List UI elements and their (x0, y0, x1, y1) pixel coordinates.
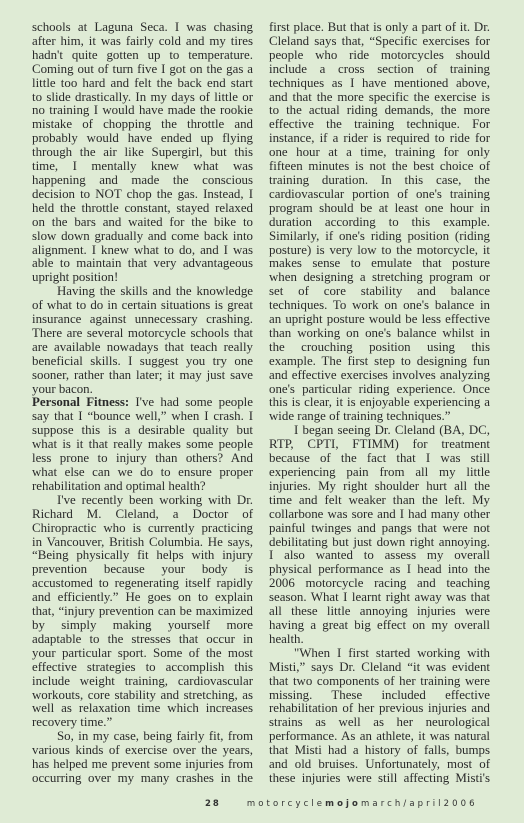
text-line: rehabilitation and optimal health? (32, 480, 253, 494)
text-line: 2006 motorcycle racing and teaching (269, 577, 490, 591)
text-line: having a great big effect on my overall (269, 619, 490, 633)
text-line: upright position! (32, 271, 253, 285)
text-line: Misti,” says Dr. Cleland “it was evident (269, 661, 490, 675)
text-line: set of core stability and balance (269, 285, 490, 299)
text-line: that two components of her training were (269, 675, 490, 689)
left-column: schools at Laguna Seca. I was chasing af… (32, 21, 253, 786)
text-line: slow down gradually and come back into (32, 230, 253, 244)
text-line: experiencing pain from all my little (269, 466, 490, 480)
subhead-personal-fitness: Personal Fitness: (32, 395, 129, 409)
text-line: able to maintain that very advantageous (32, 257, 253, 271)
text-line: include a cross section of training (269, 63, 490, 77)
text-line: no training I would have made the rookie (32, 104, 253, 118)
text-line: season. What I learnt right away was tha… (269, 591, 490, 605)
text-line: one hour at a time, training for only (269, 146, 490, 160)
text-line: probably would have ended up flying (32, 132, 253, 146)
text-line: debilitating but just down right annoyin… (269, 536, 490, 550)
text-line: Coming out of turn five I got on the gas… (32, 63, 253, 77)
text-line: all these little annoying injuries were (269, 605, 490, 619)
text-line: of what to do in certain situations is g… (32, 299, 253, 313)
paragraph-start-line: I began seeing Dr. Cleland (BA, DC, (269, 424, 490, 438)
text-line: people who ride motorcycles should (269, 49, 490, 63)
right-column: first place. But that is only a part of … (269, 21, 490, 786)
text-line: effective the training technique. For (269, 118, 490, 132)
text-line: wide range of training techniques.” (269, 410, 490, 424)
text-line: posture) is very low to the motorcycle, … (269, 244, 490, 258)
text-line: because of the fact that I was still (269, 452, 490, 466)
text-line: and effective exercises involves analyzi… (269, 369, 490, 383)
text-line: this is clear, it is enjoyable experienc… (269, 396, 490, 410)
text-line: injuries. My right shoulder hurt all the (269, 480, 490, 494)
text-line: adaptable to the stresses that occur in (32, 633, 253, 647)
text-line: in Vancouver, British Columbia. He says, (32, 536, 253, 550)
text-line: performance. As an athlete, it was natur… (269, 730, 490, 744)
text-line: mistake of chopping the throttle and (32, 118, 253, 132)
text-line: through the air like Supergirl, but this (32, 146, 253, 160)
text-line: example. The first step to designing fun (269, 355, 490, 369)
text-line: and that the more specific the exercise … (269, 91, 490, 105)
text-line: RTP, CPTI, FTIMM) for treatment (269, 438, 490, 452)
paragraph-start-line: So, in my case, being fairly fit, from (32, 730, 253, 744)
text-line: held the throttle constant, stayed relax… (32, 202, 253, 216)
text-line: less prone to injury than others? And (32, 452, 253, 466)
text-line: on the bars and waited for the bike to (32, 216, 253, 230)
text-line: training duration. In this case, the (269, 174, 490, 188)
text-line: health. (269, 633, 490, 647)
text-line: insurance against unnecessary crashing. (32, 313, 253, 327)
text-line: has helped me prevent some injuries from (32, 758, 253, 772)
text-line: after him, it was fairly cold and my tir… (32, 35, 253, 49)
text-line: rehabilitation of her previous injuries … (269, 702, 490, 716)
text-line: beneficial skills. I suggest you try one (32, 355, 253, 369)
text-line: techniques. To work on one's balance in (269, 299, 490, 313)
text-line: to slide drastically. In my days of litt… (32, 91, 253, 105)
text-line: various kinds of exercise over the years… (32, 744, 253, 758)
text-line: fifteen minutes is not the best choice o… (269, 160, 490, 174)
text-line: when designing a stretching program or (269, 271, 490, 285)
text-line: happening and made the conscious (32, 174, 253, 188)
text-line: are available nowadays that teach really (32, 341, 253, 355)
text-line: suppose this is a desirable quality but (32, 424, 253, 438)
text-line: makes sense to emulate that posture (269, 257, 490, 271)
text-line: the crouching position using this (269, 341, 490, 355)
text-line: Similarly, if one's riding position (rid… (269, 230, 490, 244)
text-line: time and felt weaker than the left. My (269, 494, 490, 508)
issue-date: march/april2006 (361, 799, 478, 809)
text-line: your bacon. (32, 383, 253, 397)
text-line: hadn't quite gotten up to temperature. (32, 49, 253, 63)
text-line: little too hard and felt the back end st… (32, 77, 253, 91)
text-line: decision to NOT chop the gas. Instead, I (32, 188, 253, 202)
text-line: I also wanted to assess my overall (269, 549, 490, 563)
page-number: 28 (205, 799, 221, 809)
text-line: one's particular riding experience. Once (269, 383, 490, 397)
text-line: “Being physically fit helps with injury (32, 549, 253, 563)
text-line: alignment. I knew what to do, and I was (32, 244, 253, 258)
text-line: strains as well as her neurological (269, 716, 490, 730)
text-line: occurring over my many crashes in the (32, 772, 253, 786)
text-line: say that I “bounce well,” when I crash. … (32, 410, 253, 424)
text-line: recovery time.” (32, 716, 253, 730)
text-line: cardiovascular portion of one's training (269, 188, 490, 202)
text-line: Richard M. Cleland, a Doctor of (32, 508, 253, 522)
text-line: include weight training, cardiovascular (32, 675, 253, 689)
magazine-name-part1: motorcycle (247, 799, 325, 809)
text-line: your particular sport. Some of the most (32, 647, 253, 661)
text-line: time, I mentally knew what was (32, 160, 253, 174)
text-line: collarbone was sore and I had many other (269, 508, 490, 522)
paragraph-start-line: I've recently been working with Dr. (32, 494, 253, 508)
page-footer: 28motorcyclemojomarch/april2006 (205, 799, 478, 809)
text-line: physical performance as I head into the (269, 563, 490, 577)
text-line: these injuries were still affecting Mist… (269, 772, 490, 786)
text-line: Chiropractic who is currently practicing (32, 522, 253, 536)
text-line: sooner, rather than later; it may just s… (32, 369, 253, 383)
paragraph-start-line: "When I first started working with (269, 647, 490, 661)
text-line: prevention because your body is (32, 563, 253, 577)
text-line: first place. But that is only a part of … (269, 21, 490, 35)
text-line: techniques as I have mentioned above, (269, 77, 490, 91)
text-line: that, “injury prevention can be maximize… (32, 605, 253, 619)
text-line: duration according to this example. (269, 216, 490, 230)
text-line: what else can we do to ensure proper (32, 466, 253, 480)
text-line: painful twinges and pangs that were not (269, 522, 490, 536)
text-line: than working on one's balance whilst in (269, 327, 490, 341)
text-line: what is it that really makes some people (32, 438, 253, 452)
text-fragment: I've had some people (135, 395, 253, 409)
text-line: accustomed to regenerating itself rapidl… (32, 577, 253, 591)
text-line: an upright posture would be less effecti… (269, 313, 490, 327)
text-line: and old bruises. Unfortunately, most of (269, 758, 490, 772)
text-line: Cleland says that, “Specific exercises f… (269, 35, 490, 49)
text-line: program should be at least one hour in (269, 202, 490, 216)
subhead-line: Personal Fitness: I've had some people (32, 396, 253, 410)
magazine-name-part2: mojo (325, 799, 361, 809)
text-line: schools at Laguna Seca. I was chasing (32, 21, 253, 35)
text-line: to the actual riding demands, the more (269, 104, 490, 118)
text-line: by simply making yourself more (32, 619, 253, 633)
text-line: effective strategies to accomplish this (32, 661, 253, 675)
magazine-page: schools at Laguna Seca. I was chasing af… (0, 0, 524, 823)
text-line: well as relaxation time which increases (32, 702, 253, 716)
text-line: and efficiently.” He goes on to explain (32, 591, 253, 605)
text-line: missing. These included effective (269, 689, 490, 703)
text-line: instance, if a rider is required to ride… (269, 132, 490, 146)
text-line: There are several motorcycle schools tha… (32, 327, 253, 341)
paragraph-start-line: Having the skills and the knowledge (32, 285, 253, 299)
text-line: that Misti had a history of falls, bumps (269, 744, 490, 758)
text-line: workouts, core stability and stretching,… (32, 689, 253, 703)
